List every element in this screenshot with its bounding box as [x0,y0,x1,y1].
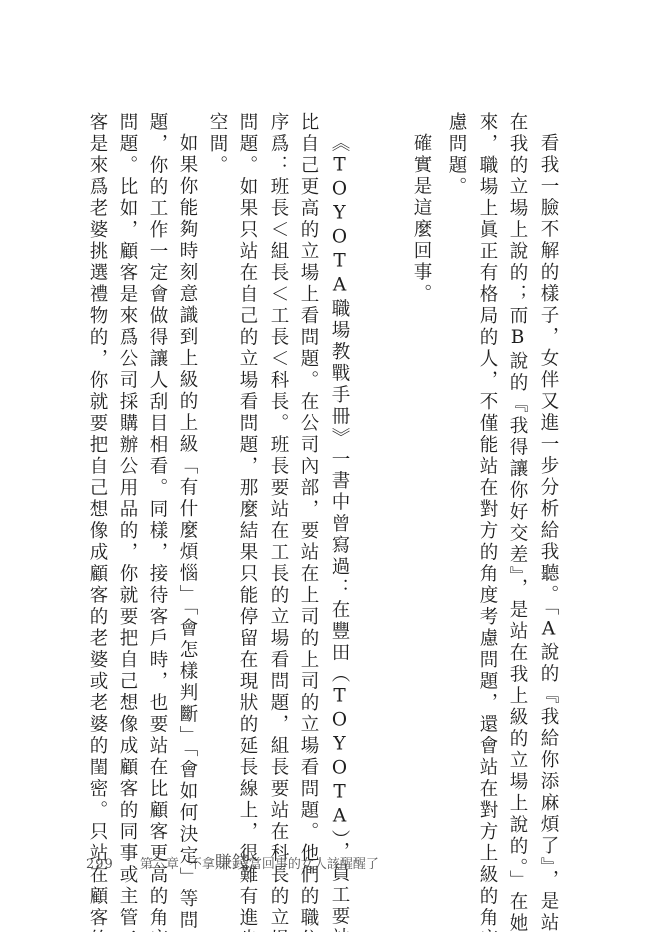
text-column: 比自己更高的立場上看問題。在公司內部，要站在上司的上司的立場看問題。他們的職位排 [296,112,320,812]
text-column: 問題。比如，顧客是來爲公司採購辦公用品的，你就要把自己想像成顧客的同事或主管；顧 [115,112,139,812]
text-column: 來，職場上眞正有格局的人，不僅能站在對方的角度考慮問題，還會站在對方上級的角度考 [475,112,499,812]
text-column: 如果你能夠時刻意識到上級的上級「有什麼煩惱」「會怎樣判斷」「會如何決定」等問 [175,112,199,833]
chapter-label: 第六章 [140,853,179,872]
text-column: 客是來爲老婆挑選禮物的，你就要把自己想像成顧客的老婆或老婆的閨密。只站在顧客的立 [85,112,109,812]
text-column: 題，你的工作一定會做得讓人刮目相看。同樣，接待客戶時，也要站在比顧客更高的角度看 [145,112,169,812]
book-page: 看我一臉不解的樣子，女伴又進一步分析給我聽。「A說的『我給你添麻煩了』，是站 在… [0,0,663,932]
running-title-start: 不拿 [189,853,215,872]
running-title-emphasis: 賺錢 [215,848,249,873]
text-column: 空間。 [205,112,229,812]
running-title-end: 當回事的女人該醒醒了 [249,853,379,872]
text-column: 序爲：班長＜組長＜工長＜科長。班長要站在工長的立場看問題，組長要站在科長的立場看 [266,112,290,812]
page-number: 299 [86,857,114,872]
text-column: 確實是這麼回事。 [409,112,433,833]
text-column: 在我的立場上說的；而B說的『我得讓你好交差』，是站在我上級的立場上說的。」在她看 [505,112,529,812]
text-column: 慮問題。 [444,112,468,812]
text-column: 《TOYOTA職場教戰手冊》一書中曾寫過：在豐田（TOYOTA），員工要站在 [327,112,351,833]
page-footer: 299 第六章 不拿 賺錢 當回事的女人該醒醒了 [86,848,379,873]
text-column: 問題。如果只站在自己的立場看問題，那麼結果只能停留在現狀的延長線上，很難有進步的 [235,112,259,812]
text-column: 看我一臉不解的樣子，女伴又進一步分析給我聽。「A說的『我給你添麻煩了』，是站 [536,112,560,833]
